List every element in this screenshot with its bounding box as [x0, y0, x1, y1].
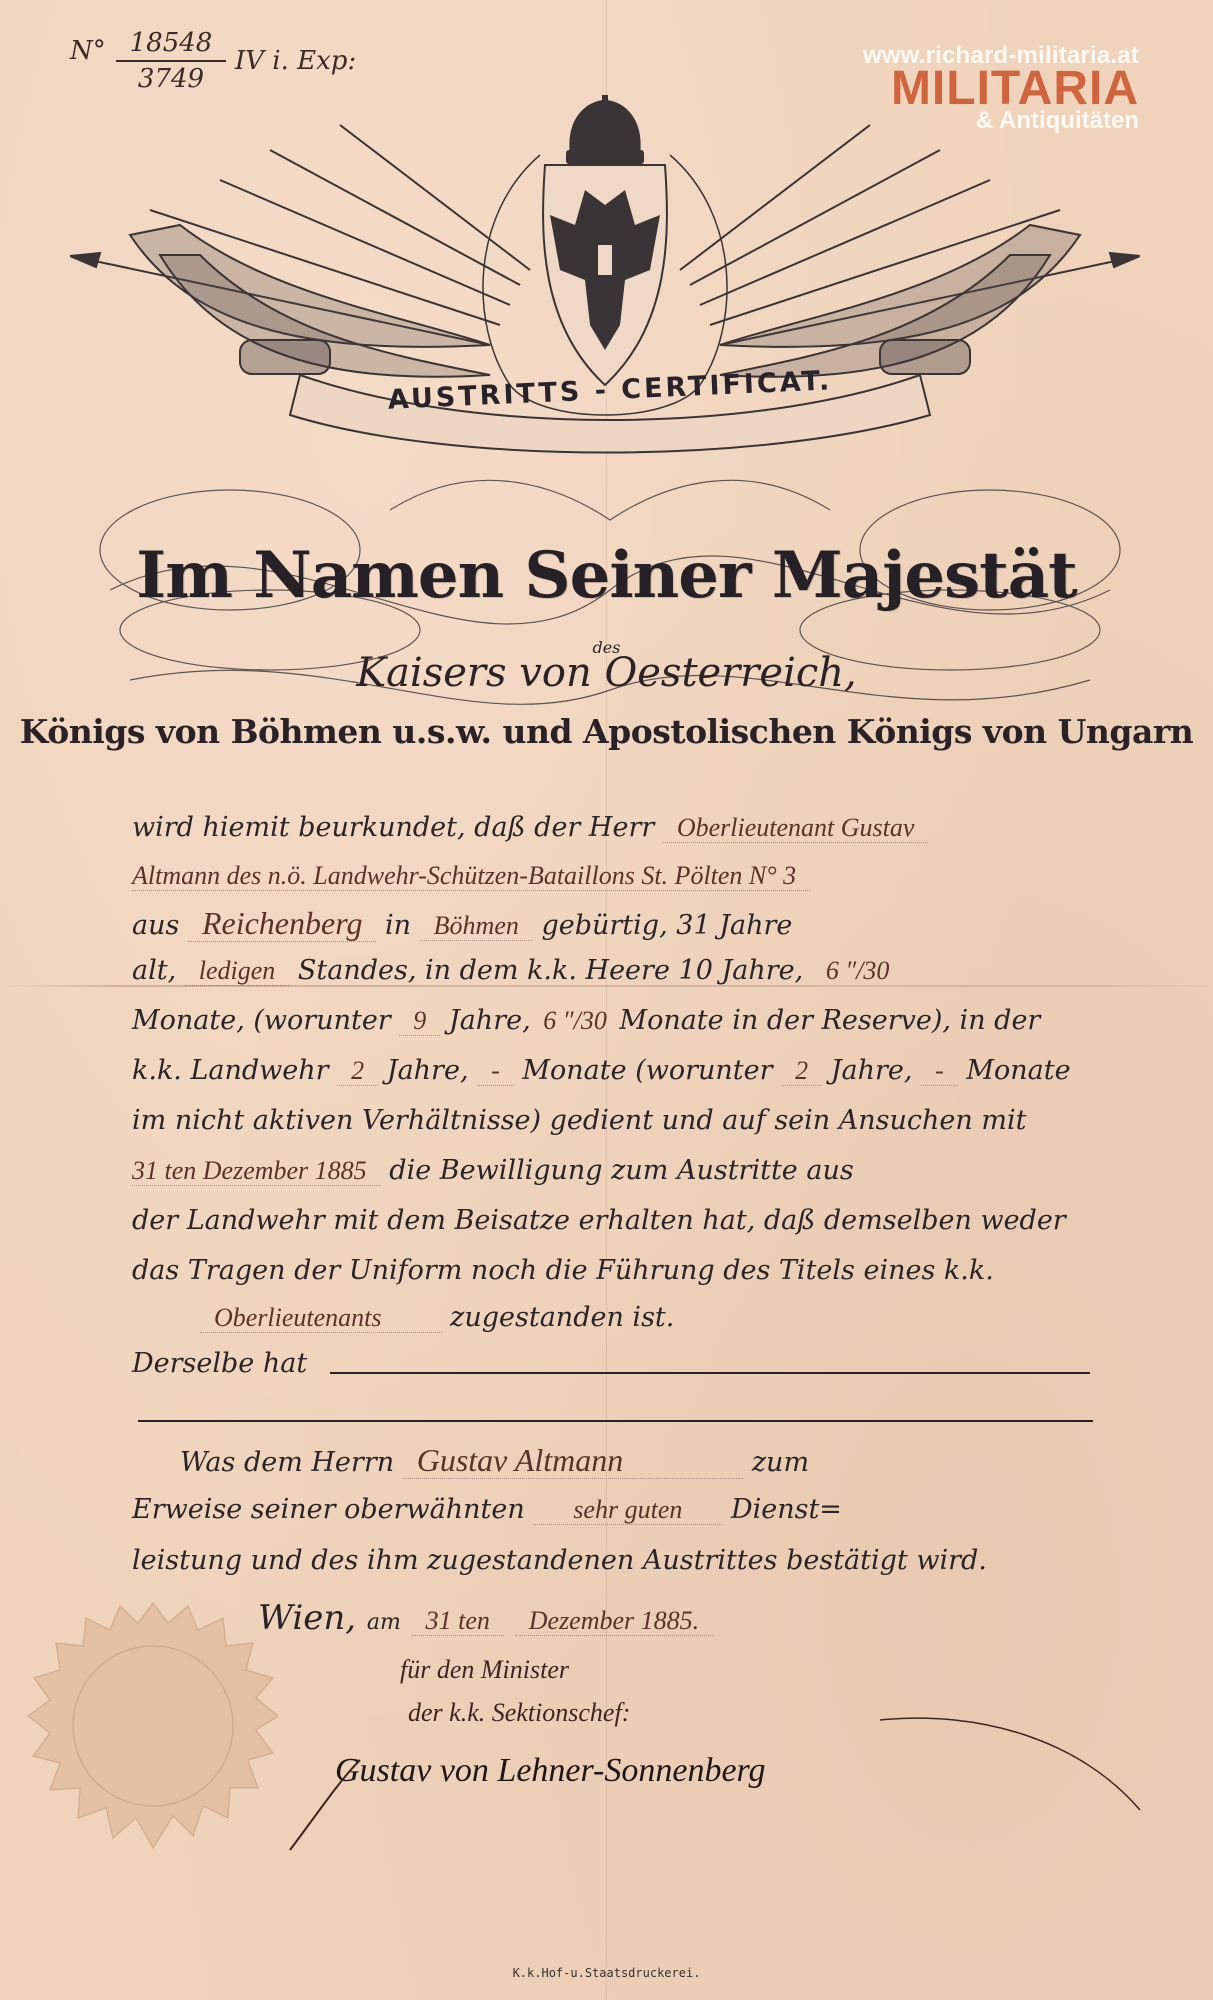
blank-line-rule [330, 1372, 1090, 1374]
certificate-page: N° 18548 3749 IV i. Exp: www.richard-mil… [0, 0, 1213, 2000]
body-text: Standes, in dem k.k. Heere [298, 955, 670, 986]
section-divider-rule [138, 1420, 1093, 1422]
body-line-6: k.k. Landwehr 2 Jahre, - Monate (worunte… [132, 1055, 1092, 1105]
landwehr-years: 2 [337, 1056, 378, 1086]
body-line-3: aus Reichenberg in Böhmen gebürtig, 31 J… [132, 905, 1092, 955]
reserve-years: 9 [399, 1006, 440, 1036]
body-text: Monate (worunter [522, 1055, 772, 1086]
heading-majesty: Im Namen Seiner Majestät [0, 538, 1213, 613]
body-text: k.k. Landwehr [132, 1055, 329, 1086]
body-text: im nicht aktiven Verhältnisse) gedient u… [132, 1105, 1026, 1136]
body-text: Jahre, [449, 1005, 531, 1036]
body-text: Erweise seiner oberwähnten [132, 1494, 525, 1525]
body-text: zugestanden ist. [450, 1302, 674, 1333]
body-text: aus [132, 910, 179, 941]
signature-flourish-icon [280, 1700, 1160, 1860]
body-text: in [385, 910, 411, 941]
reference-numerator: 18548 [116, 28, 226, 62]
reserve-months: 6 ″/30 [539, 1006, 611, 1035]
handwritten-service-quality: sehr guten [533, 1495, 722, 1525]
body-text: leistung und des ihm zugestandenen Austr… [132, 1545, 987, 1576]
body-text: Monate [966, 1055, 1070, 1086]
body-text: Jahre, [387, 1055, 469, 1086]
handwritten-day: 31 ten [412, 1606, 504, 1636]
closing-line-3: leistung und des ihm zugestandenen Austr… [132, 1545, 1092, 1595]
body-line-1: wird hiemit beurkundet, daß der Herr Obe… [132, 812, 1092, 862]
closing-line-2: Erweise seiner oberwähnten sehr guten Di… [132, 1494, 1092, 1544]
inactive-years: 2 [781, 1056, 822, 1086]
body-text: Derselbe hat [132, 1348, 307, 1379]
closing-line-1: Was dem Herrn Gustav Altmann zum [180, 1442, 1090, 1492]
embossed-seal-icon [28, 1598, 278, 1860]
body-text: wird hiemit beurkundet, daß der Herr [132, 812, 654, 843]
body-line-11: Oberlieutenants zugestanden ist. [200, 1302, 1160, 1352]
imperial-crown-icon [566, 95, 644, 164]
handwritten-marital-status: ledigen [185, 956, 290, 986]
army-years: 10 [679, 955, 713, 986]
heading-emperor: Kaisers von Oesterreich, [0, 650, 1213, 696]
reference-prefix: N° [70, 36, 106, 66]
body-text: der Landwehr mit dem Beisatze erhalten h… [132, 1205, 1066, 1236]
body-line-5: Monate, (worunter 9 Jahre, 6 ″/30 Monate… [132, 1005, 1092, 1055]
body-text: gebürtig, [541, 910, 667, 941]
body-line-8: 31 ten Dezember 1885 die Bewilligung zum… [132, 1155, 1092, 1205]
inactive-months: - [921, 1056, 958, 1086]
handwritten-discharge-date: 31 ten Dezember 1885 [132, 1156, 381, 1186]
reference-suffix: IV i. Exp: [235, 46, 356, 76]
handwritten-country: Böhmen [420, 911, 533, 941]
body-text: alt, [132, 955, 176, 986]
body-text: zum [752, 1447, 809, 1478]
body-line-4: alt, ledigen Standes, in dem k.k. Heere … [132, 955, 1092, 1005]
landwehr-months: - [477, 1056, 514, 1086]
handwritten-full-name: Gustav Altmann [403, 1442, 744, 1479]
reference-fraction: 18548 3749 [116, 28, 226, 94]
body-text: Was dem Herrn [180, 1447, 394, 1478]
body-text: Jahre, [721, 955, 803, 986]
army-months: 6 ″/30 [812, 956, 904, 985]
body-text: Monate, (worunter [132, 1005, 391, 1036]
heading-kings: Königs von Böhmen u.s.w. und Apostolisch… [0, 712, 1213, 751]
body-text: Monate in der Reserve), in der [619, 1005, 1040, 1036]
reference-denominator: 3749 [116, 62, 226, 94]
body-text: Dienst= [731, 1494, 842, 1525]
body-text: Jahre, [831, 1055, 913, 1086]
body-text: die Bewilligung zum Austritte aus [389, 1155, 853, 1186]
body-line-10: das Tragen der Uniform noch die Führung … [132, 1255, 1092, 1305]
handwritten-title-rank: Oberlieutenants [200, 1303, 442, 1333]
body-text: Jahre [719, 910, 792, 941]
handwritten-birthplace: Reichenberg [188, 905, 377, 942]
age-value: 31 [676, 910, 710, 941]
place-date-line: Wien, am 31 ten Dezember 1885. [258, 1598, 1213, 1648]
signature-for-minister: für den Minister [400, 1655, 569, 1685]
body-text: das Tragen der Uniform noch die Führung … [132, 1255, 994, 1286]
body-text: am [367, 1610, 401, 1635]
printer-imprint: K.k.Hof-u.Staatsdruckerei. [0, 1966, 1213, 1980]
body-line-9: der Landwehr mit dem Beisatze erhalten h… [132, 1205, 1092, 1255]
body-line-7: im nicht aktiven Verhältnisse) gedient u… [132, 1105, 1092, 1155]
handwritten-month-year: Dezember 1885. [515, 1606, 713, 1636]
handwritten-name-unit: Altmann des n.ö. Landwehr-Schützen-Batai… [132, 861, 810, 891]
handwritten-rank: Oberlieutenant Gustav [663, 813, 929, 843]
body-line-2: Altmann des n.ö. Landwehr-Schützen-Batai… [132, 860, 1092, 910]
